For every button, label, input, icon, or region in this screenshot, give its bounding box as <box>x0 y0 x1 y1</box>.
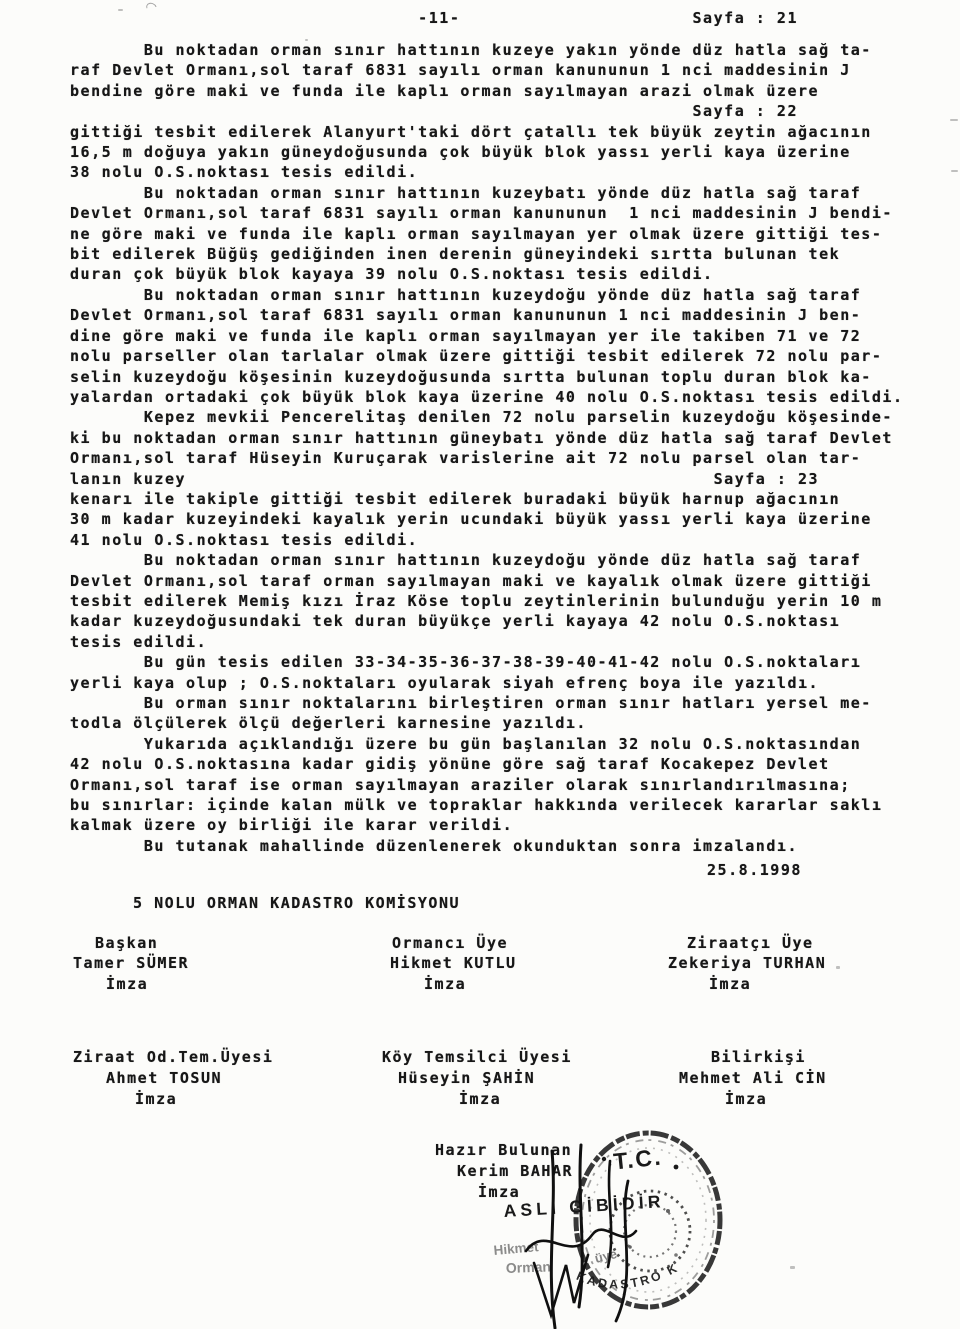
scan-noise <box>305 39 308 41</box>
signature-name: Hikmet KUTLU <box>390 953 517 973</box>
page-header-line: -11- Sayfa : 21 <box>70 8 798 28</box>
signature-imza: İmza <box>709 974 751 994</box>
signature-imza: İmza <box>135 1089 177 1109</box>
stamp-overlay-role: üye <box>593 1246 618 1266</box>
stamp-speck <box>674 1253 678 1257</box>
official-round-stamp: T.C. ASLI GİBİDİR Hikmet Orman üye KADAS… <box>480 1115 760 1329</box>
scanned-document-page: -11- Sayfa : 21 Bu noktadan orman sınır … <box>0 0 960 1329</box>
stamp-speck <box>666 1209 670 1213</box>
signature-imza: İmza <box>424 974 466 994</box>
signature-role: Ormancı Üye <box>392 933 508 953</box>
signature-role: Ziraatçı Üye <box>687 933 814 953</box>
document-date: 25.8.1998 <box>707 860 802 880</box>
scan-noise <box>118 9 123 11</box>
signature-imza: İmza <box>725 1089 767 1109</box>
stamp-speck <box>628 1245 632 1249</box>
signature-role: Bilirkişi <box>711 1047 806 1067</box>
signature-role: Ziraat Od.Tem.Üyesi <box>73 1047 273 1067</box>
signature-imza: İmza <box>106 974 148 994</box>
stamp-asli-gibidir-text: ASLI GİBİDİR <box>503 1191 665 1221</box>
signature-role: Köy Temsilci Üyesi <box>382 1047 572 1067</box>
stamp-overlay-name: Hikmet <box>493 1239 540 1258</box>
scan-noise <box>790 1266 795 1269</box>
stamp-dot <box>602 1157 606 1161</box>
stamp-tc-text: T.C. <box>612 1144 663 1175</box>
signature-name: Hüseyin ŞAHİN <box>398 1068 535 1088</box>
scan-noise <box>951 170 958 172</box>
scan-noise <box>950 119 958 121</box>
commission-title: 5 NOLU ORMAN KADASTRO KOMİSYONU <box>133 893 460 913</box>
signature-name: Mehmet Ali CİN <box>679 1068 827 1088</box>
document-body-text: Bu noktadan orman sınır hattının kuzeye … <box>70 40 904 856</box>
signature-role: Başkan <box>95 933 158 953</box>
signature-imza: İmza <box>459 1089 501 1109</box>
stamp-star <box>674 1165 679 1170</box>
signature-name: Ahmet TOSUN <box>106 1068 222 1088</box>
signature-name: Zekeriya TURHAN <box>668 953 826 973</box>
scan-noise <box>836 966 840 969</box>
signature-name: Tamer SÜMER <box>73 953 189 973</box>
stamp-overlay-org: Orman <box>506 1258 552 1276</box>
